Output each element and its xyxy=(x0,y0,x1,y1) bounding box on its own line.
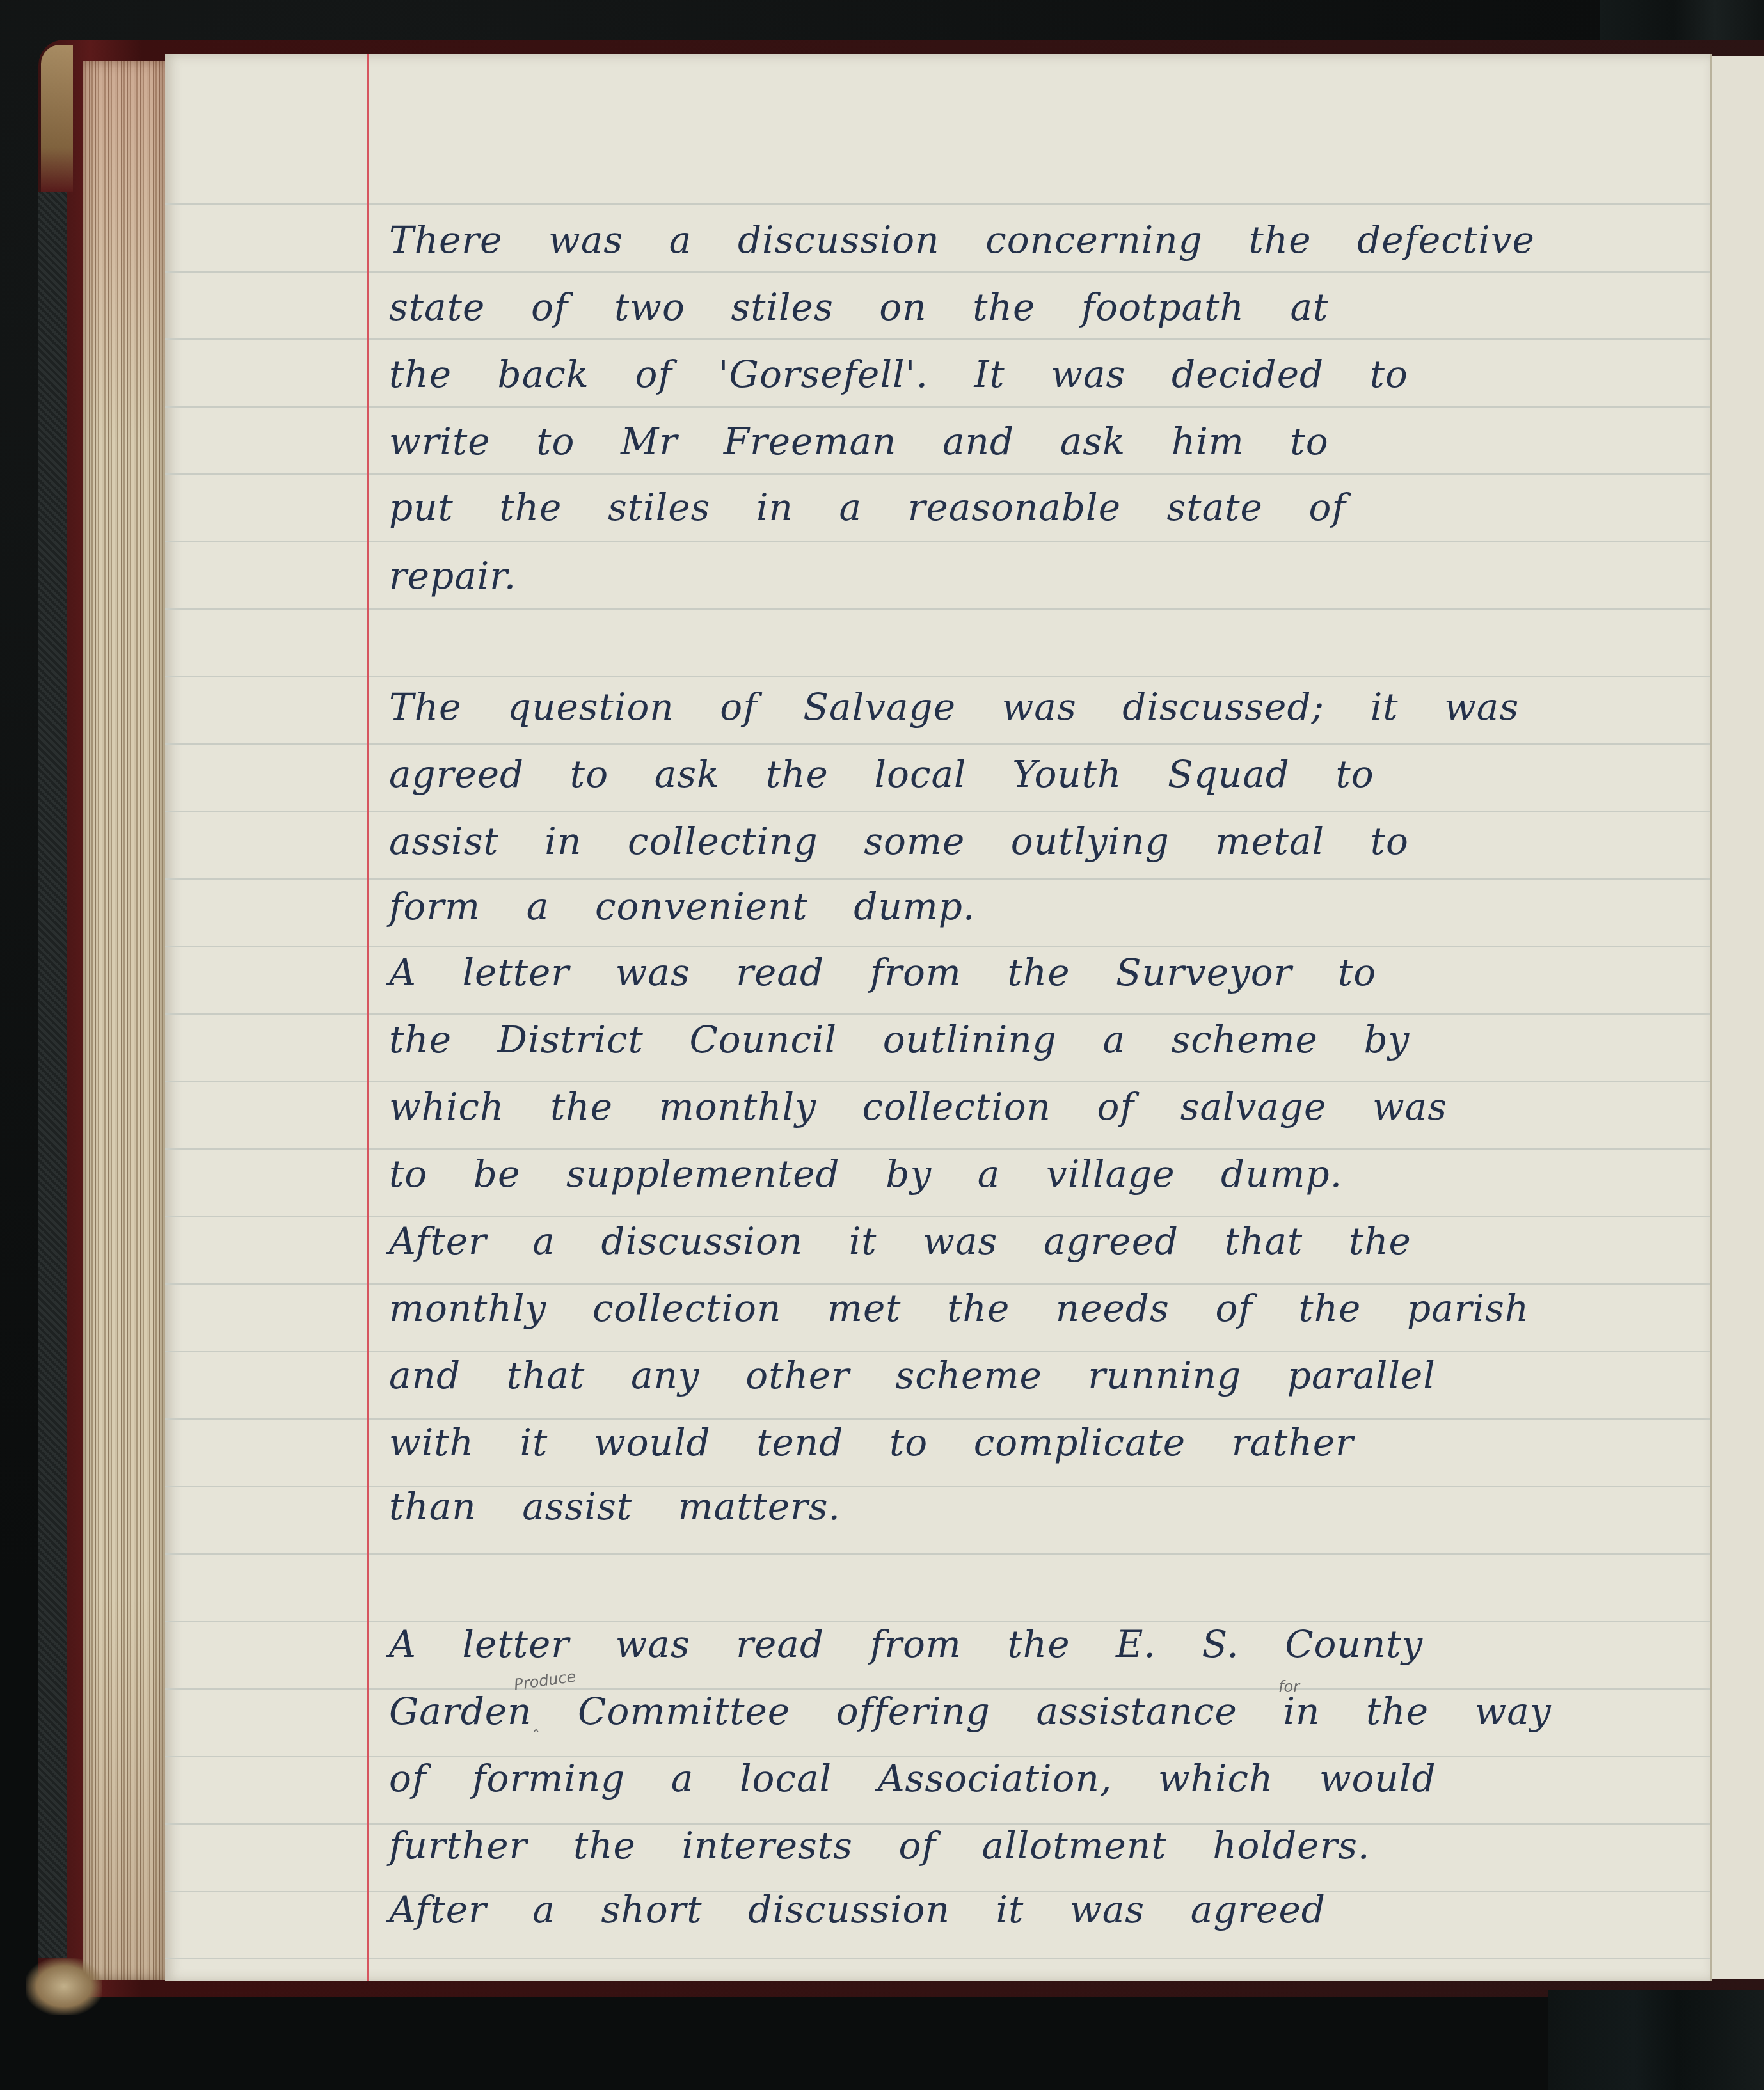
cloth-spine xyxy=(38,192,67,1958)
worn-corner-bottom xyxy=(26,1958,102,2015)
text-line: The question of Salvage was discussed; i… xyxy=(389,678,1671,736)
text-line: with it would tend to complicate rather xyxy=(389,1414,1671,1471)
insertion-caret: ‸ xyxy=(533,1711,539,1732)
text-line: Garden Committee offering assistance in … xyxy=(389,1682,1671,1740)
gutter-fold xyxy=(1710,54,1712,1981)
text-line: further the interests of allotment holde… xyxy=(389,1817,1671,1874)
text-line: After a discussion it was agreed that th… xyxy=(389,1212,1671,1270)
text-line: There was a discussion concerning the de… xyxy=(389,211,1671,269)
text-line: and that any other scheme running parall… xyxy=(389,1347,1671,1404)
text-line: to be supplemented by a village dump. xyxy=(389,1145,1671,1203)
text-line: the District Council outlining a scheme … xyxy=(389,1011,1671,1068)
handwritten-minutes: There was a discussion concerning the de… xyxy=(165,54,1710,1981)
text-line: agreed to ask the local Youth Squad to xyxy=(389,745,1671,803)
pencil-insertion-for: for xyxy=(1278,1678,1299,1696)
text-line: than assist matters. xyxy=(389,1478,1671,1535)
text-line: assist in collecting some outlying metal… xyxy=(389,812,1671,870)
worn-corner-top xyxy=(41,45,73,192)
facing-page-edge xyxy=(1712,56,1764,1979)
text-line: A letter was read from the Surveyor to xyxy=(389,944,1671,1001)
text-line: put the stiles in a reasonable state of xyxy=(389,479,1671,536)
text-line: repair. xyxy=(389,547,1671,605)
text-line: write to Mr Freeman and ask him to xyxy=(389,413,1671,470)
text-line: state of two stiles on the footpath at xyxy=(389,278,1671,336)
page-leaf-edges xyxy=(83,61,165,1980)
text-line: the back of 'Gorsefell'. It was decided … xyxy=(389,345,1671,403)
text-line: monthly collection met the needs of the … xyxy=(389,1279,1671,1337)
text-line: of forming a local Association, which wo… xyxy=(389,1750,1671,1807)
text-line: which the monthly collection of salvage … xyxy=(389,1078,1671,1136)
text-line: form a convenient dump. xyxy=(389,878,1671,935)
text-line: A letter was read from the E. S. County xyxy=(389,1615,1671,1673)
text-line: After a short discussion it was agreed xyxy=(389,1881,1671,1938)
minute-book-page: There was a discussion concerning the de… xyxy=(165,54,1710,1981)
book-cover-bottom-right xyxy=(1548,1990,1764,2090)
